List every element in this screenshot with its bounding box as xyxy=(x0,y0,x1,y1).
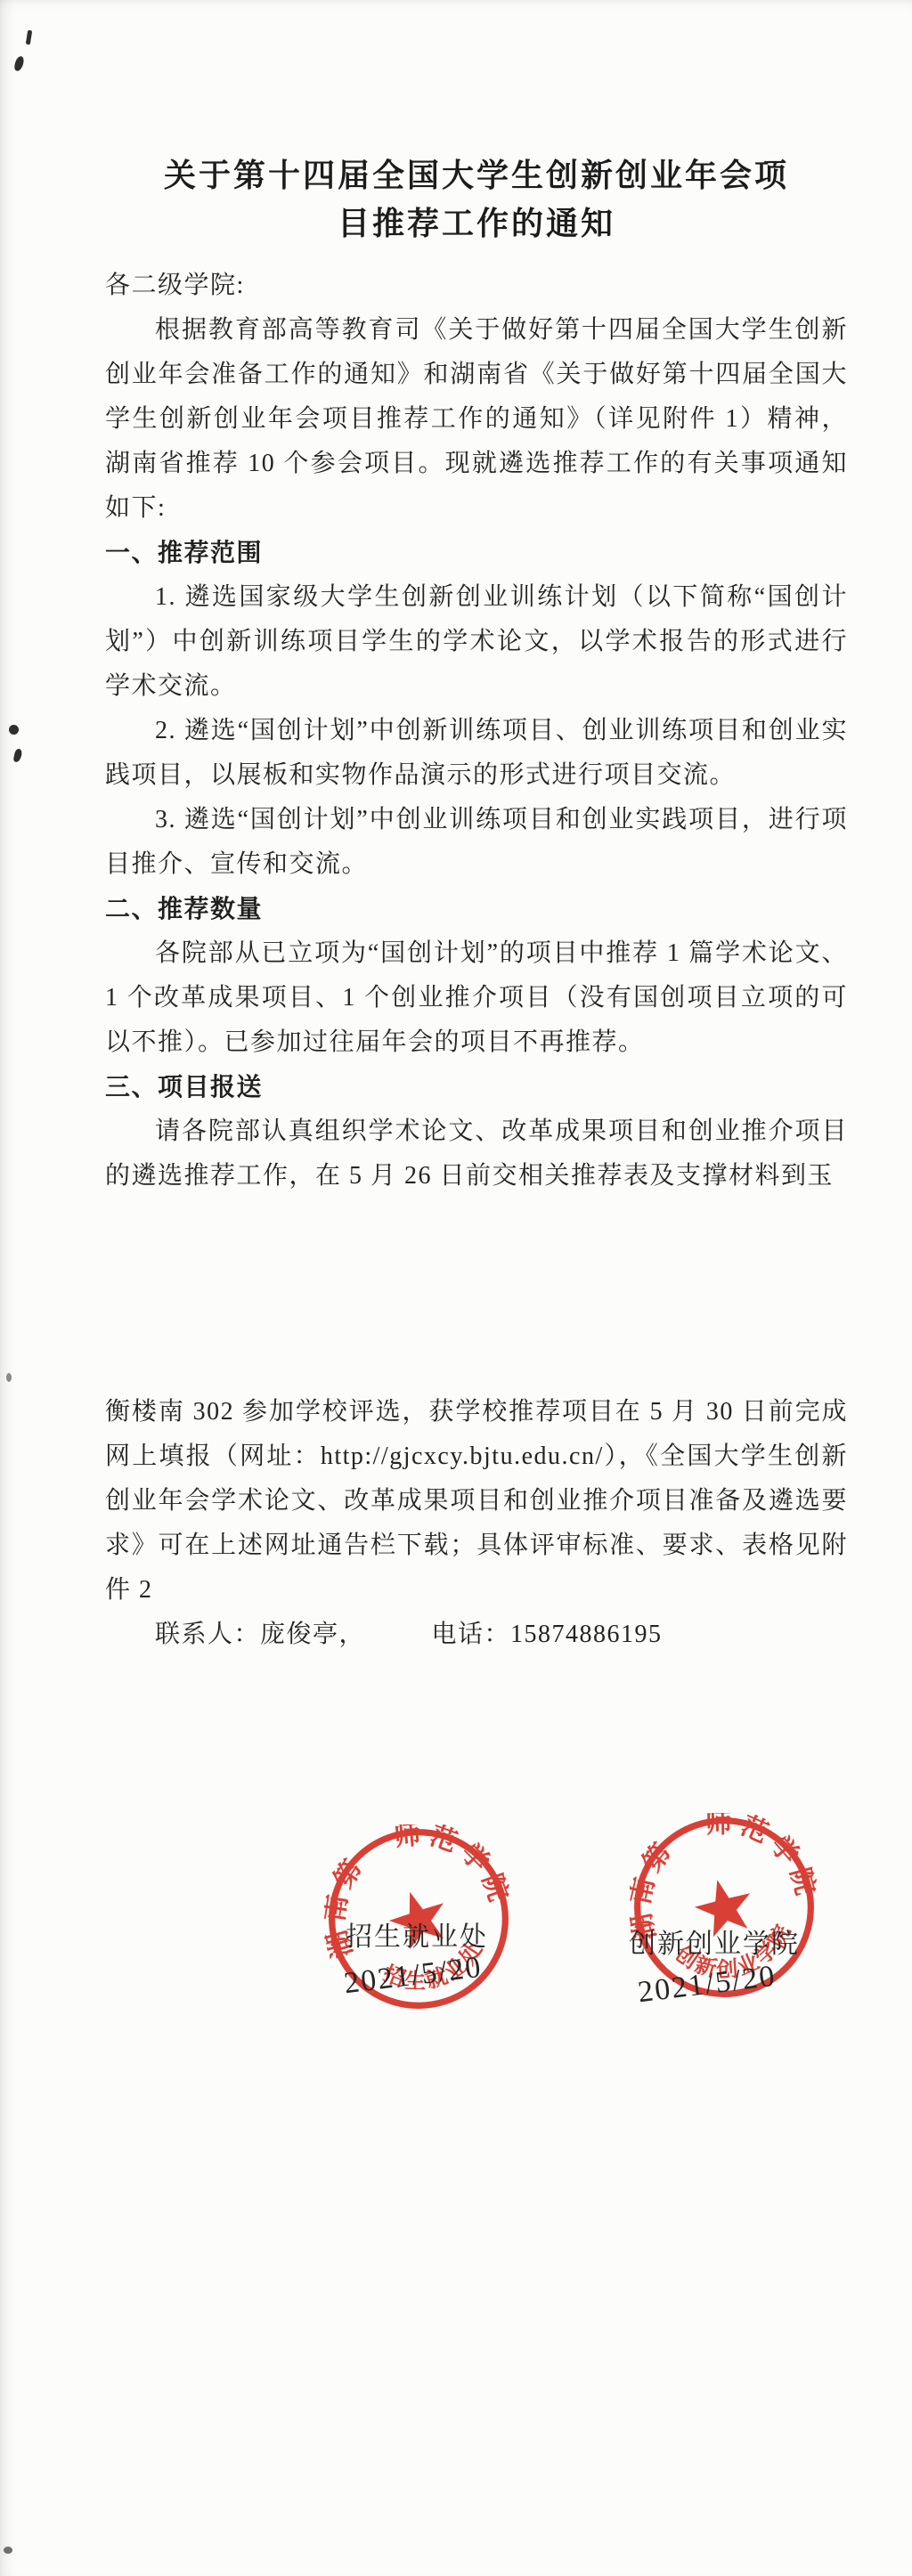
notice-title-line-2: 目推荐工作的通知 xyxy=(105,199,848,248)
scan-artifact xyxy=(13,55,25,72)
notice-title-line-1: 关于第十四届全国大学生创新创业年会项 xyxy=(105,151,848,199)
scan-artifact xyxy=(26,30,32,45)
section-1-item-3: 3. 遴选“国创计划”中创业训练项目和创业实践项目，进行项目推介、宣传和交流。 xyxy=(105,798,848,887)
section-2-heading: 二、推荐数量 xyxy=(105,887,848,931)
section-3-heading: 三、项目报送 xyxy=(105,1065,848,1109)
seal-overlay-department-right: 创新创业学院 xyxy=(629,1922,800,1961)
contact-line: 联系人：庞俊亭， 电话：15874886195 xyxy=(105,1613,848,1657)
page-break-gap xyxy=(105,1199,848,1390)
section-1-heading: 一、推荐范围 xyxy=(105,531,848,575)
seal-overlay-department-left: 招生就业处 xyxy=(346,1914,488,1954)
scan-artifact xyxy=(6,1373,12,1382)
notice-title: 关于第十四届全国大学生创新创业年会项 目推荐工作的通知 xyxy=(105,151,848,248)
salutation: 各二级学院: xyxy=(105,264,848,308)
section-1-item-1: 1. 遴选国家级大学生创新创业训练计划（以下简称“国创计划”）中创新训练项目学生… xyxy=(105,575,848,709)
scan-artifact xyxy=(9,725,19,735)
scan-artifact xyxy=(13,748,23,762)
section-3-paragraph-page1: 请各院部认真组织学术论文、改革成果项目和创业推介项目的遴选推荐工作，在 5 月 … xyxy=(105,1109,848,1199)
notice-body: 关于第十四届全国大学生创新创业年会项 目推荐工作的通知 各二级学院: 根据教育部… xyxy=(105,0,848,1657)
section-1-item-2: 2. 遴选“国创计划”中创新训练项目、创业训练项目和创业实践项目，以展板和实物作… xyxy=(105,709,848,798)
scan-artifact xyxy=(4,2547,12,2554)
section-2-paragraph: 各院部从已立项为“国创计划”的项目中推荐 1 篇学术论文、1 个改革成果项目、1… xyxy=(105,931,848,1065)
section-3-paragraph-page2: 衡楼南 302 参加学校评选，获学校推荐项目在 5 月 30 日前完成网上填报（… xyxy=(105,1390,848,1613)
scanned-notice-page: 关于第十四届全国大学生创新创业年会项 目推荐工作的通知 各二级学院: 根据教育部… xyxy=(0,0,912,2576)
intro-paragraph: 根据教育部高等教育司《关于做好第十四届全国大学生创新创业年会准备工作的通知》和湖… xyxy=(105,308,848,531)
